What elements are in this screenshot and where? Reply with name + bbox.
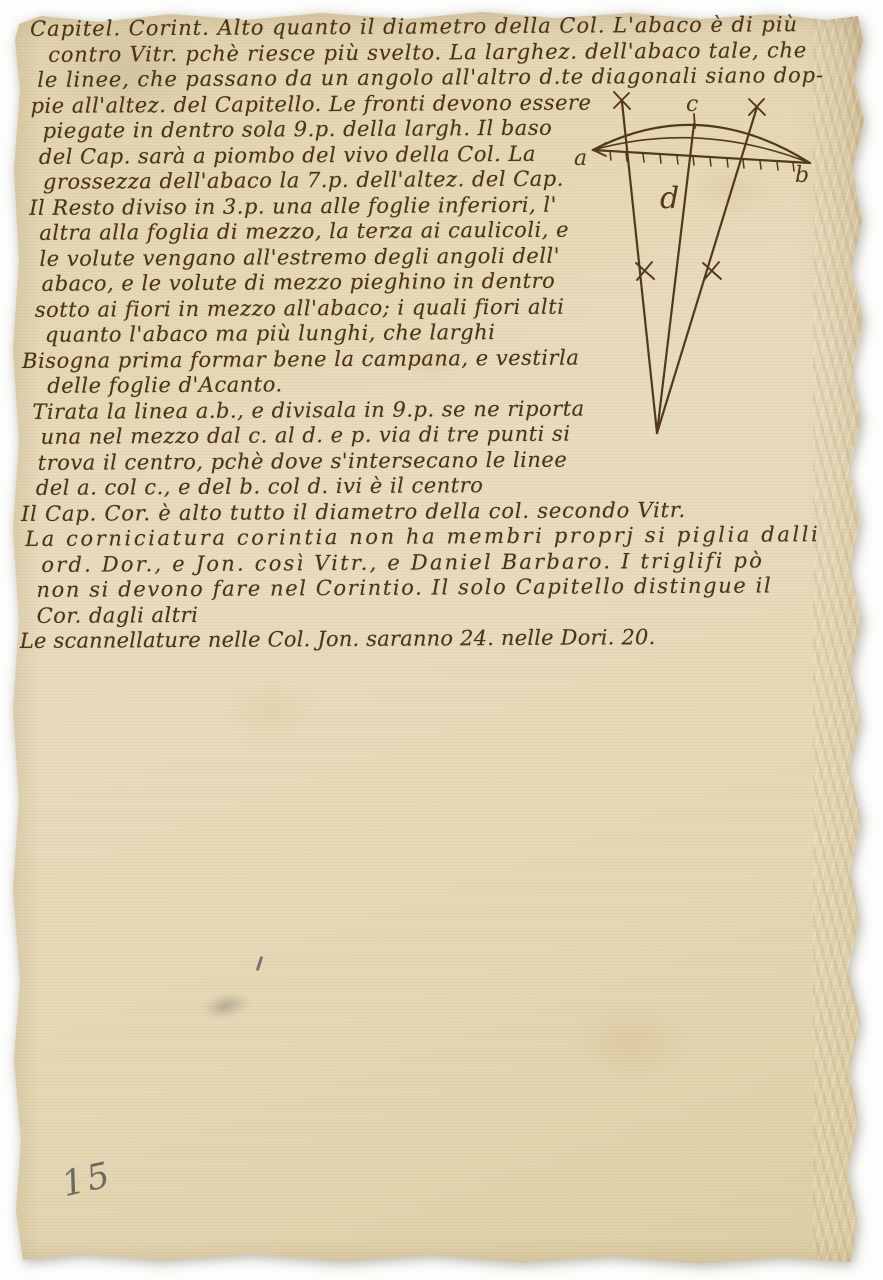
diagram-ink-strokes [593, 102, 810, 433]
capital-construction-diagram: a b c d [548, 86, 878, 451]
centre-line-c-d [657, 124, 694, 433]
diagram-label-d: d [660, 181, 679, 216]
manuscript-scan: Capitel. Corint. Alto quanto il diametro… [0, 0, 883, 1280]
diagram-label-b: b [795, 163, 809, 188]
manuscript-line: Le scannellature nelle Col. Jon. saranno… [20, 624, 828, 654]
left-diagonal-line [622, 102, 657, 433]
top-right-x-mark [749, 99, 765, 115]
manuscript-line: non si devono fare nel Corintio. Il solo… [36, 573, 827, 603]
diagram-label-a: a [574, 146, 587, 171]
diagram-labels: a b c d [574, 92, 809, 216]
mid-left-x-mark [636, 262, 654, 280]
division-tick-marks [610, 152, 794, 171]
diagram-label-c: c [686, 92, 698, 117]
